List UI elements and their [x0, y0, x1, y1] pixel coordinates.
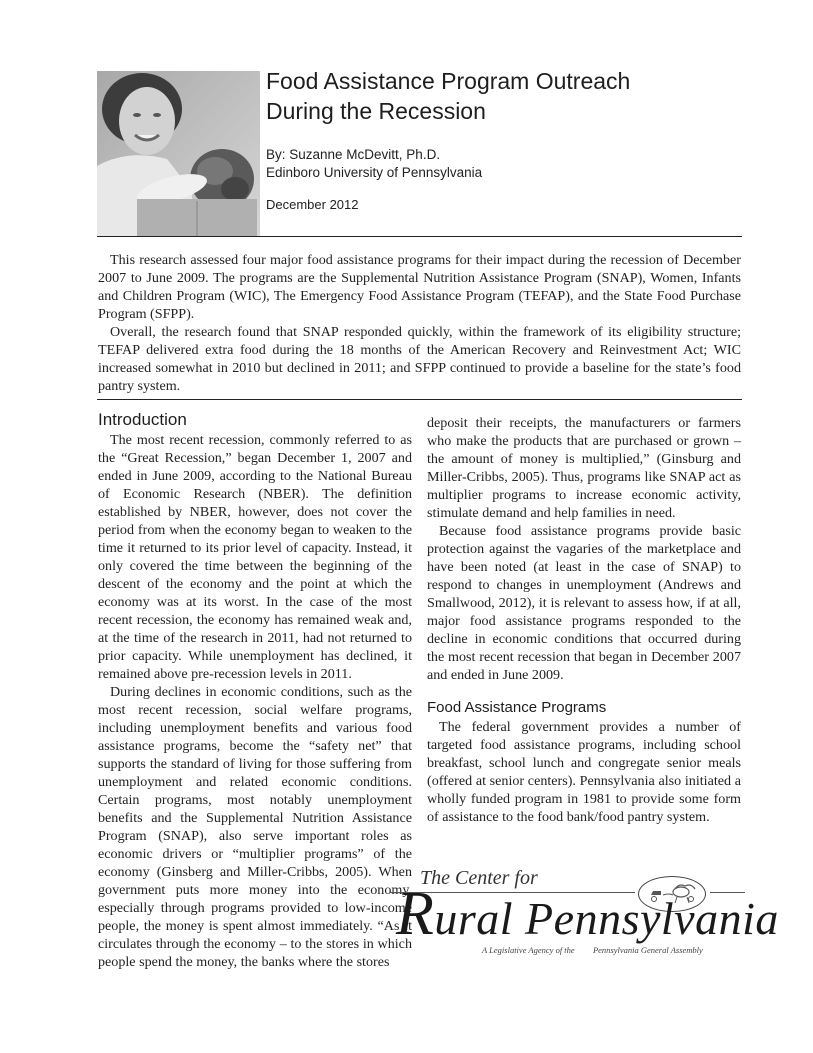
header-divider [97, 236, 742, 237]
logo-tagline-left: A Legislative Agency of the [482, 945, 575, 955]
document-title: Food Assistance Program Outreach During … [266, 66, 736, 126]
summary-paragraph: This research assessed four major food a… [98, 251, 741, 323]
left-column: Introduction The most recent recession, … [98, 409, 412, 971]
author-name: By: Suzanne McDevitt, Ph.D. [266, 146, 482, 164]
body-paragraph: Because food assistance programs provide… [427, 522, 741, 684]
center-for-rural-pennsylvania-logo: The Center for Rural Pennsylvania A Legi… [390, 862, 750, 967]
cover-photo [97, 71, 260, 236]
document-page: Food Assistance Program Outreach During … [0, 0, 813, 1053]
logo-wordmark: ural Pennsylvania [434, 893, 779, 944]
section-heading-food-assistance-programs: Food Assistance Programs [427, 698, 741, 718]
executive-summary: This research assessed four major food a… [98, 251, 741, 395]
summary-divider [97, 399, 742, 400]
body-paragraph-continued: deposit their receipts, the manufacturer… [427, 414, 741, 522]
logo-tagline-right: Pennsylvania General Assembly [593, 945, 703, 955]
logo-tagline: A Legislative Agency of the Pennsylvania… [482, 945, 703, 955]
body-paragraph: During declines in economic conditions, … [98, 683, 412, 971]
logo-initial: R [396, 880, 434, 948]
body-paragraph: The most recent recession, commonly refe… [98, 431, 412, 683]
publication-date: December 2012 [266, 196, 359, 214]
author-affiliation: Edinboro University of Pennsylvania [266, 164, 482, 182]
right-column: deposit their receipts, the manufacturer… [427, 414, 741, 826]
section-heading-introduction: Introduction [98, 409, 412, 431]
title-line-2: During the Recession [266, 98, 486, 124]
byline: By: Suzanne McDevitt, Ph.D. Edinboro Uni… [266, 146, 482, 182]
title-line-1: Food Assistance Program Outreach [266, 68, 630, 94]
body-paragraph: The federal government provides a number… [427, 718, 741, 826]
woman-with-groceries-image [97, 71, 260, 236]
logo-line-2: Rural Pennsylvania [396, 884, 779, 949]
summary-paragraph: Overall, the research found that SNAP re… [98, 323, 741, 395]
